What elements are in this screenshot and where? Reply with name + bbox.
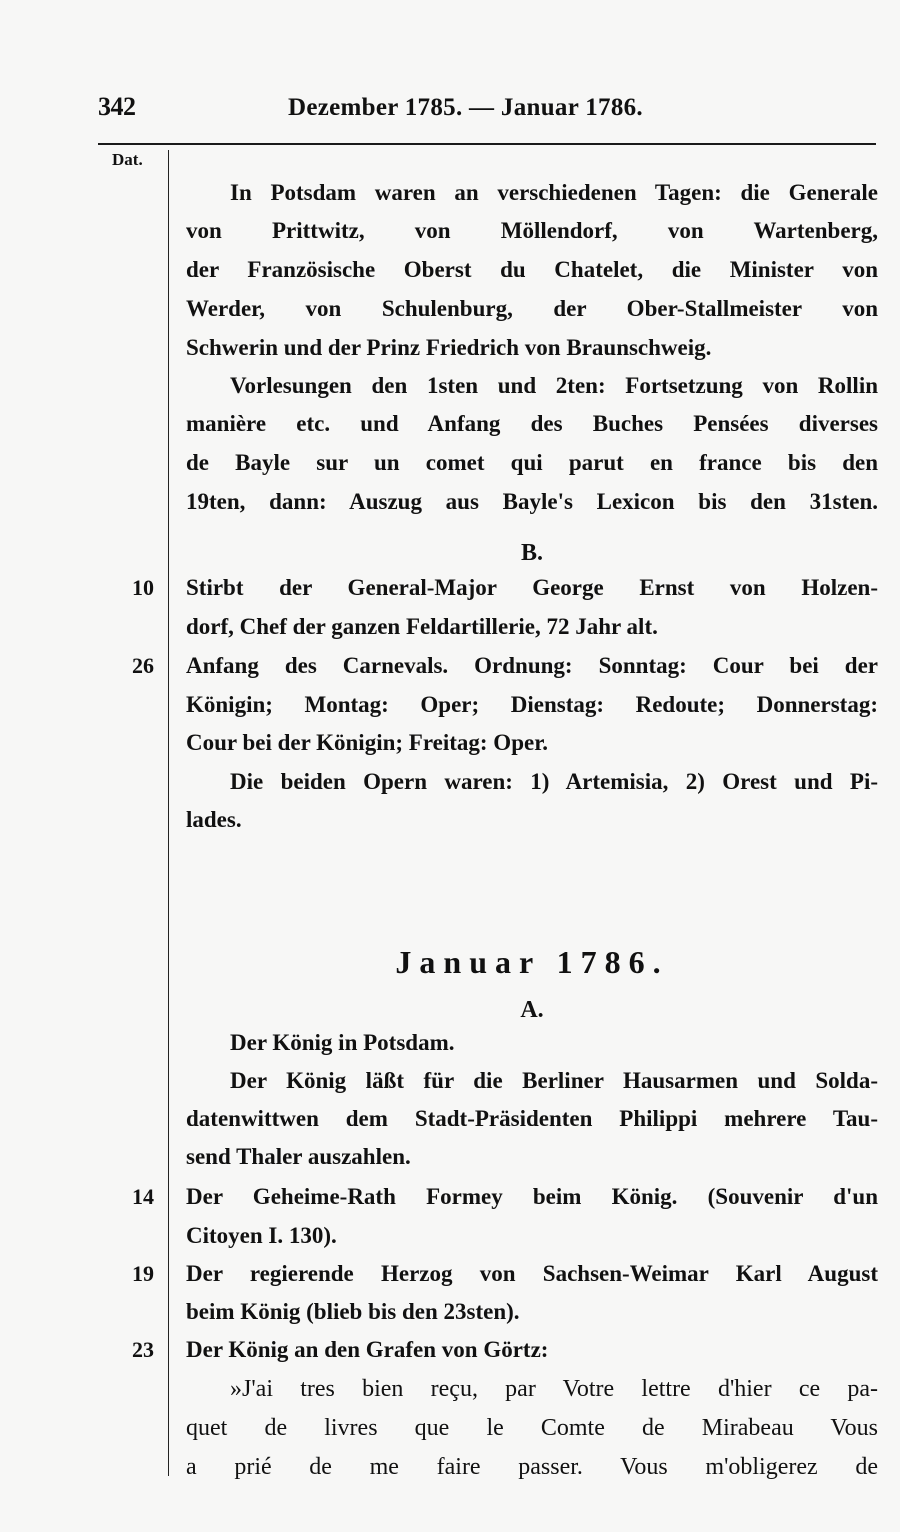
text-line: Vorlesungen den 1sten und 2ten: Fortsetz… — [230, 371, 878, 401]
text-line: a prié de me faire passer. Vous m'oblige… — [186, 1452, 878, 1482]
text-line: von Prittwitz, von Möllendorf, von Warte… — [186, 216, 878, 246]
text-line: 19ten, dann: Auszug aus Bayle's Lexicon … — [186, 487, 878, 517]
text-line: send Thaler auszahlen. — [186, 1142, 878, 1172]
text-line: Königin; Montag: Oper; Dienstag: Redoute… — [186, 690, 878, 720]
entry-date: 14 — [118, 1182, 154, 1212]
text-line: Die beiden Opern waren: 1) Artemisia, 2)… — [230, 767, 878, 797]
date-column-label: Dat. — [112, 150, 143, 170]
text-line: Citoyen I. 130). — [186, 1221, 878, 1251]
entry-date: 23 — [118, 1335, 154, 1365]
text-line: Der regierende Herzog von Sachsen-Weimar… — [186, 1259, 878, 1289]
text-line: quet de livres que le Comte de Mirabeau … — [186, 1413, 878, 1443]
text-line: Der König läßt für die Berliner Hausarme… — [230, 1066, 878, 1096]
text-line: datenwittwen dem Stadt-Präsidenten Phili… — [186, 1104, 878, 1134]
text-line: der Französische Oberst du Chatelet, die… — [186, 255, 878, 285]
text-line: dorf, Chef der ganzen Feldartillerie, 72… — [186, 612, 878, 642]
entry-date: 26 — [118, 651, 154, 681]
text-line: Cour bei der Königin; Freitag: Oper. — [186, 728, 878, 758]
entry-date: 10 — [118, 573, 154, 603]
text-line: lades. — [186, 805, 878, 835]
text-line: In Potsdam waren an verschiedenen Tagen:… — [230, 178, 878, 208]
section-heading-b: B. — [186, 538, 878, 568]
header-rule — [98, 143, 876, 145]
text-line: Werder, von Schulenburg, der Ober-Stallm… — [186, 294, 878, 324]
running-title: Dezember 1785. — Januar 1786. — [288, 94, 643, 122]
text-line: »J'ai tres bien reçu, par Votre lettre d… — [230, 1374, 878, 1404]
text-line: Schwerin und der Prinz Friedrich von Bra… — [186, 333, 878, 363]
text-line: beim König (blieb bis den 23sten). — [186, 1297, 878, 1327]
text-line: Der König in Potsdam. — [230, 1028, 878, 1058]
text-line: Anfang des Carnevals. Ordnung: Sonntag: … — [186, 651, 878, 681]
text-line: de Bayle sur un comet qui parut en franc… — [186, 448, 878, 478]
column-divider — [168, 150, 169, 1476]
text-line: manière etc. und Anfang des Buches Pensé… — [186, 409, 878, 439]
text-line: Der König an den Grafen von Görtz: — [186, 1335, 878, 1365]
section-heading-a: A. — [186, 995, 878, 1025]
entry-date: 19 — [118, 1259, 154, 1289]
page-number: 342 — [98, 92, 136, 122]
text-line: Der Geheime-Rath Formey beim König. (Sou… — [186, 1182, 878, 1212]
text-line: Stirbt der General-Major George Ernst vo… — [186, 573, 878, 603]
month-heading: Januar 1786. — [186, 942, 878, 982]
